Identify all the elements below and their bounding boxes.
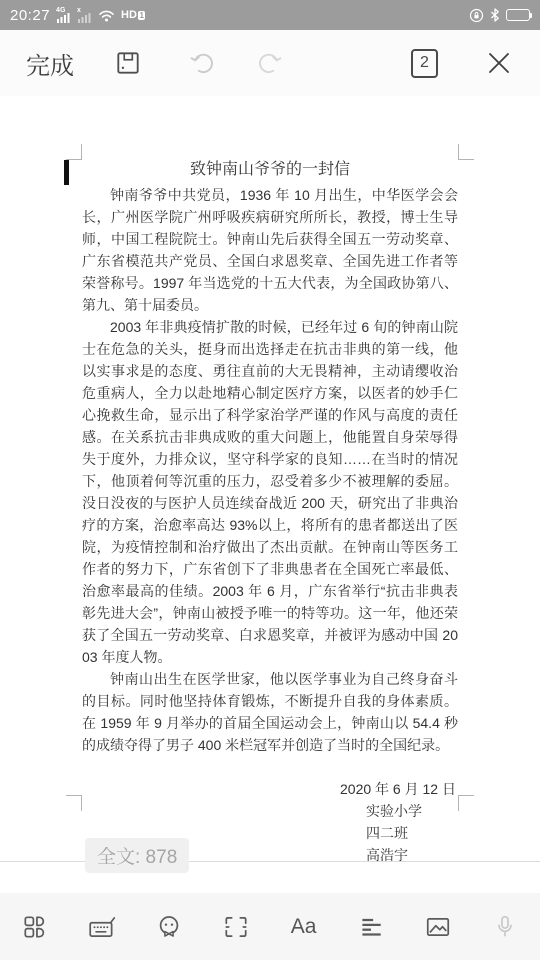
bottom-toolbar: Aa: [0, 893, 540, 960]
undo-icon[interactable]: [188, 50, 215, 76]
paragraph-align-icon[interactable]: [354, 910, 388, 944]
signature-author[interactable]: 高浩宇: [340, 844, 458, 866]
signature-class[interactable]: 四二班: [340, 822, 458, 844]
app-screen: 20:27 4G x HD: [0, 0, 540, 960]
margin-mark-bottom-right: [458, 795, 474, 811]
wifi-icon: [98, 9, 115, 22]
document-page[interactable]: 致钟南山爷爷的一封信 钟南爷爷中共党员，1936 年 10 月出生，中华医学会会…: [0, 96, 540, 893]
page-edge-line: [0, 861, 540, 862]
margin-mark-top-right: [458, 144, 474, 160]
margin-mark-top-left: [66, 144, 82, 160]
selection-frame-icon[interactable]: [219, 910, 253, 944]
margin-mark-bottom-left: [66, 795, 82, 811]
rotation-lock-icon: [469, 8, 484, 23]
signature-date[interactable]: 2020 年 6 月 12 日: [340, 778, 458, 800]
signal-sim2-icon: x: [77, 8, 92, 23]
save-icon[interactable]: [114, 49, 142, 77]
keyboard-icon[interactable]: [85, 910, 119, 944]
assistant-face-icon[interactable]: [152, 910, 186, 944]
paragraph-1[interactable]: 钟南爷爷中共党员，1936 年 10 月出生，中华医学会会长，广州医学院广州呼吸…: [82, 184, 458, 316]
clock: 20:27: [10, 7, 50, 24]
bluetooth-icon: [490, 8, 500, 22]
done-button[interactable]: 完成: [26, 46, 74, 81]
tools-grid-icon[interactable]: [18, 910, 52, 944]
editor-toolbar: 完成 2: [0, 30, 540, 96]
signature-school[interactable]: 实验小学: [340, 800, 458, 822]
status-bar-right: [469, 8, 530, 23]
word-count-badge: 全文: 878: [85, 838, 189, 873]
page-count-button[interactable]: 2: [411, 49, 438, 78]
text-cursor: [64, 160, 69, 185]
font-format-icon[interactable]: Aa: [287, 910, 321, 944]
voice-input-icon[interactable]: [488, 910, 522, 944]
signal-sim1-icon: 4G: [56, 8, 71, 23]
battery-icon: [506, 9, 530, 21]
volte-hd-icon: HD1: [121, 9, 145, 21]
status-bar: 20:27 4G x HD: [0, 0, 540, 30]
document-title[interactable]: 致钟南山爷爷的一封信: [82, 158, 458, 182]
redo-icon[interactable]: [257, 50, 284, 76]
paragraph-2[interactable]: 2003 年非典疫情扩散的时候，已经年过 6 旬的钟南山院士在危急的关头，挺身而…: [82, 316, 458, 668]
paragraph-3[interactable]: 钟南山出生在医学世家，他以医学事业为自己终身奋斗的目标。同时他坚持体育锻炼，不断…: [82, 668, 458, 756]
insert-image-icon[interactable]: [421, 910, 455, 944]
close-icon[interactable]: [484, 48, 514, 78]
document-body[interactable]: 致钟南山爷爷的一封信 钟南爷爷中共党员，1936 年 10 月出生，中华医学会会…: [82, 158, 458, 866]
